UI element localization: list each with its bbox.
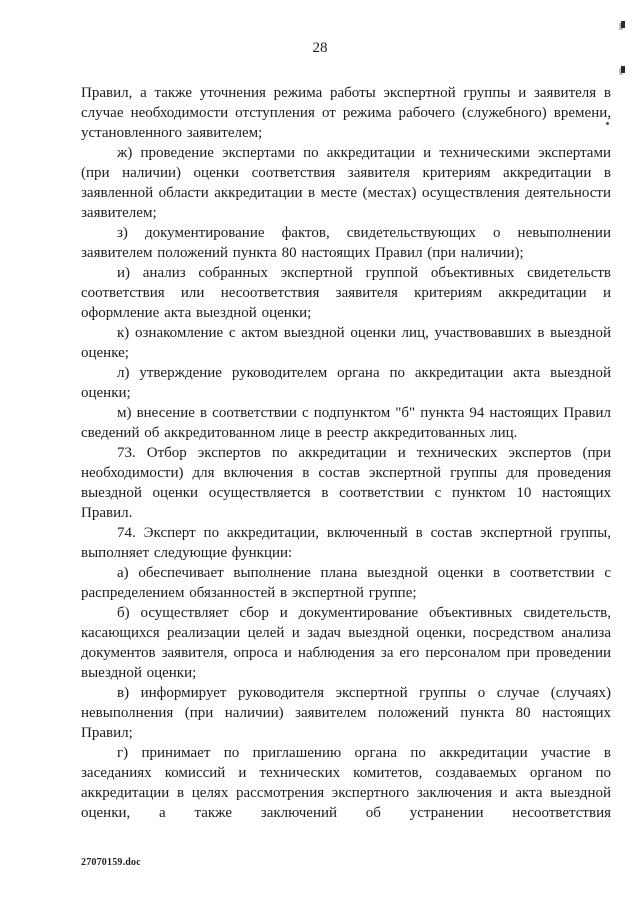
document-page: 28 Правил, а также уточнения режима рабо… <box>0 0 640 905</box>
paragraph: к) ознакомление с актом выездной оценки … <box>81 323 611 363</box>
paragraph: в) информирует руководителя экспертной г… <box>81 683 611 743</box>
paragraph: м) внесение в соответствии с подпунктом … <box>81 403 611 443</box>
paragraph: г) принимает по приглашению органа по ак… <box>81 743 611 823</box>
paragraph: 74. Эксперт по аккредитации, включенный … <box>81 523 611 563</box>
paragraph: ж) проведение экспертами по аккредитации… <box>81 143 611 223</box>
scan-artifact-mark <box>621 21 625 28</box>
document-body: Правил, а также уточнения режима работы … <box>81 83 611 823</box>
paragraph: а) обеспечивает выполнение плана выездно… <box>81 563 611 603</box>
paragraph: и) анализ собранных экспертной группой о… <box>81 263 611 323</box>
scan-artifact-dot <box>606 122 609 125</box>
paragraph: л) утверждение руководителем органа по а… <box>81 363 611 403</box>
paragraph: б) осуществляет сбор и документирование … <box>81 603 611 683</box>
paragraph: 73. Отбор экспертов по аккредитации и те… <box>81 443 611 523</box>
page-number: 28 <box>0 39 640 57</box>
scan-artifact-mark <box>621 66 625 73</box>
paragraph: Правил, а также уточнения режима работы … <box>81 83 611 143</box>
paragraph: з) документирование фактов, свидетельств… <box>81 223 611 263</box>
footer-filename: 27070159.doc <box>81 857 141 868</box>
